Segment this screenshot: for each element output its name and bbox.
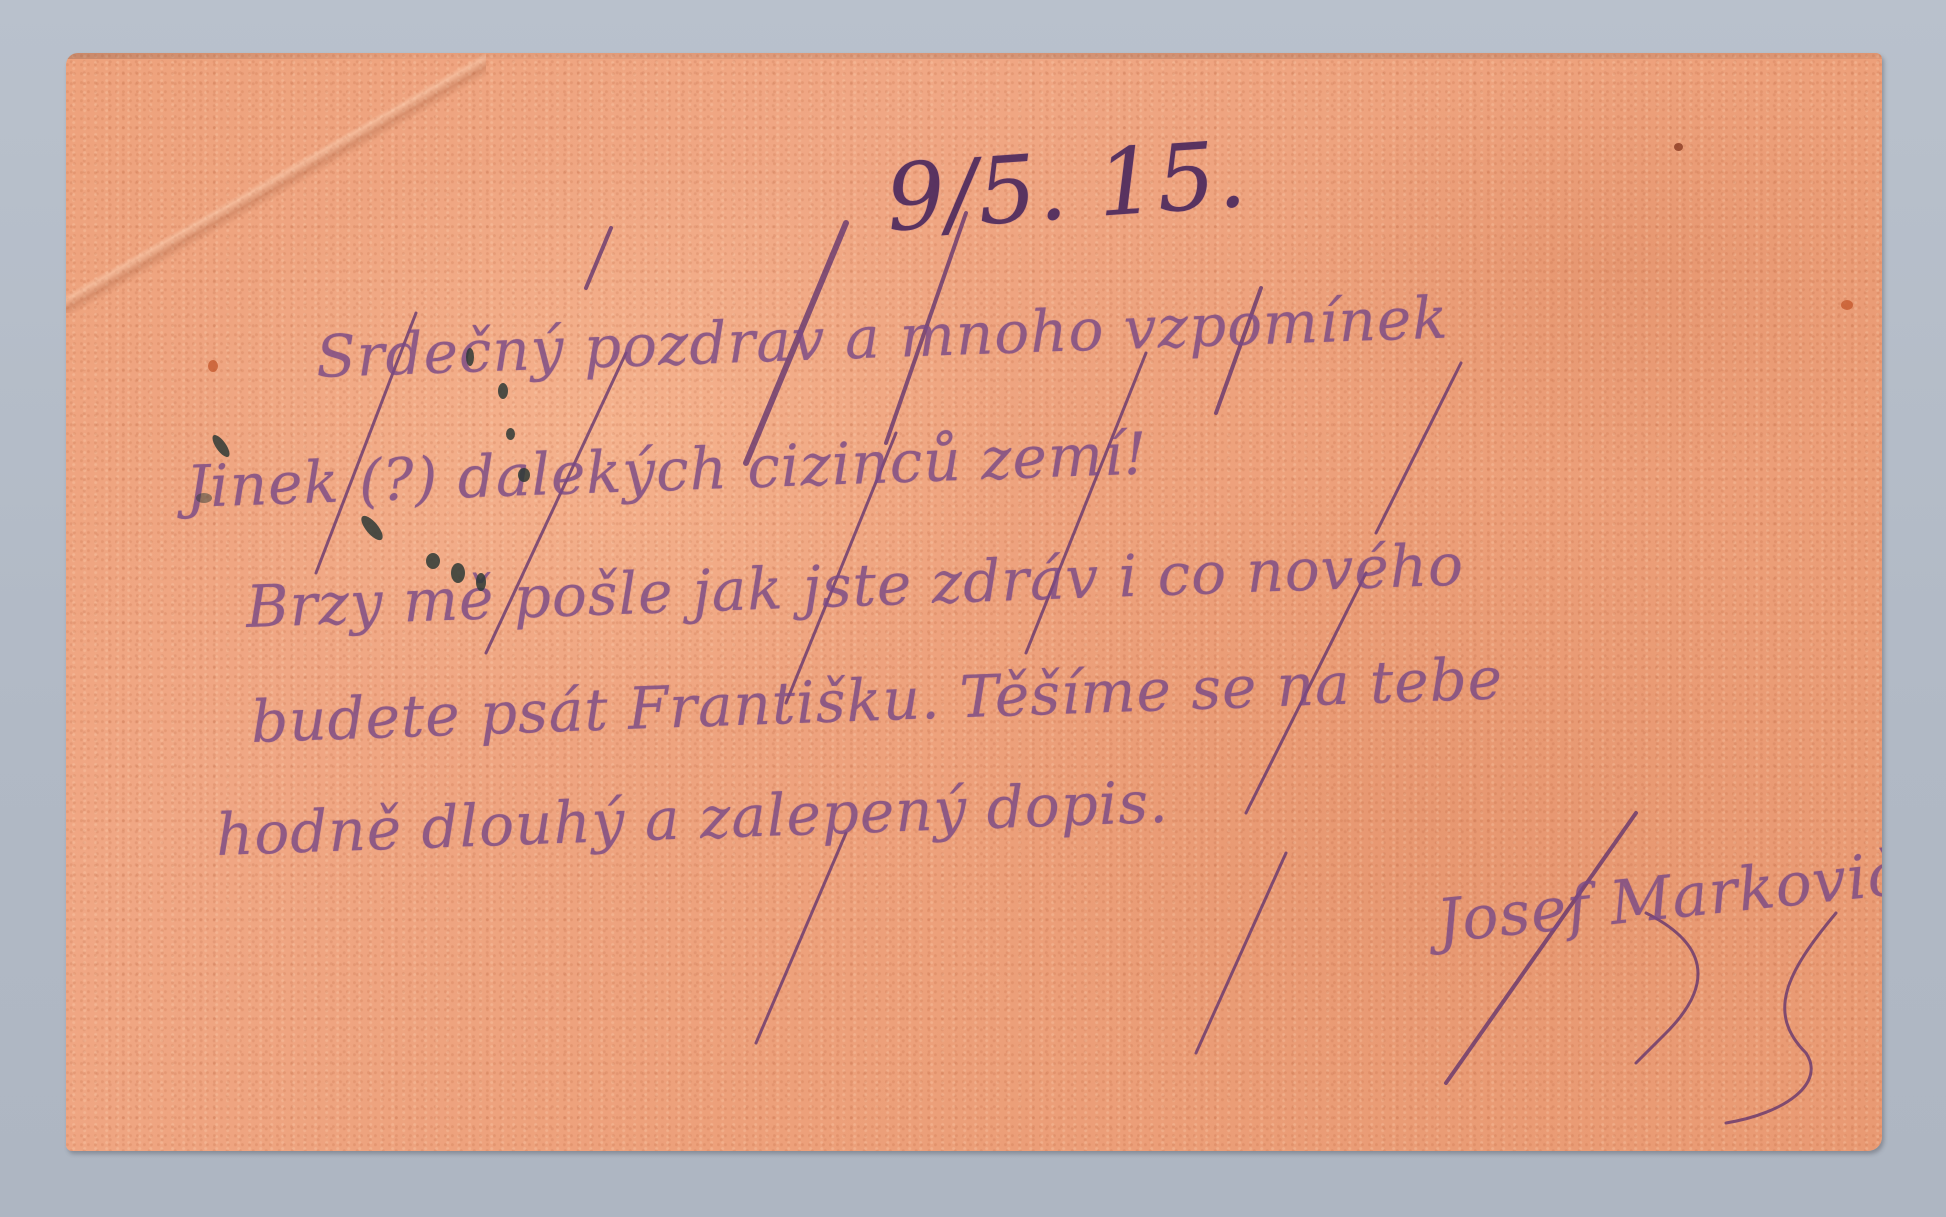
rust-spot xyxy=(1674,143,1683,151)
message-line-4: budete psát Františku. Těšíme se na tebe xyxy=(250,644,1504,756)
rust-spot xyxy=(208,360,218,372)
signature: Josef Markovič xyxy=(1434,839,1882,957)
scan-background: 9/5. 15. Srdečný pozdrav a mnoho vzpomín… xyxy=(0,0,1946,1217)
ink-blot xyxy=(358,513,386,544)
paper-crease xyxy=(66,53,486,313)
message-line-5: hodně dlouhý a zalepený dopis. xyxy=(215,768,1170,869)
ink-blot xyxy=(426,553,440,569)
ink-blot xyxy=(196,493,212,503)
rust-spot xyxy=(1841,300,1853,310)
message-line-3: Brzy mě pošle jak jste zdráv i co nového xyxy=(245,530,1465,640)
ink-blot xyxy=(518,468,530,482)
message-line-1: Srdečný pozdrav a mnoho vzpomínek xyxy=(315,283,1450,390)
postcard: 9/5. 15. Srdečný pozdrav a mnoho vzpomín… xyxy=(66,53,1882,1151)
date-note: 9/5. 15. xyxy=(883,121,1250,253)
ink-blot xyxy=(466,348,474,366)
message-line-2: Jinek (?) dalekých cizinců zemí! xyxy=(185,419,1149,521)
ink-blot xyxy=(451,563,465,583)
ink-blot xyxy=(476,573,486,591)
ink-blot xyxy=(506,428,515,440)
ink-blot xyxy=(498,383,508,399)
